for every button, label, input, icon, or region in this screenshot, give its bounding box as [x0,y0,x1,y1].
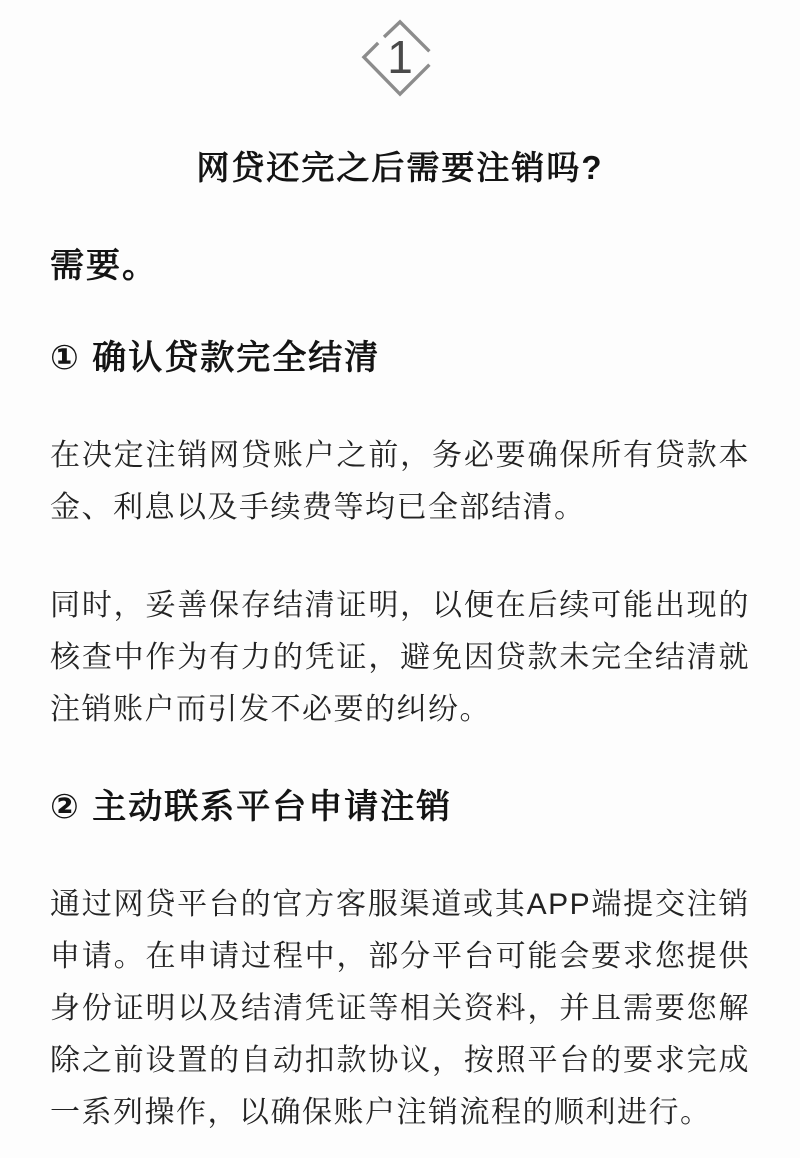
article-page: 1 网贷还完之后需要注销吗? 需要。 ① 确认贷款完全结清 在决定注销网贷账户之… [0,0,800,1158]
article-title: 网贷还完之后需要注销吗? [50,146,750,190]
answer-text: 需要。 [50,240,750,292]
chapter-badge: 1 [358,16,442,100]
section-1-paragraph-2: 同时，妥善保存结清证明，以便在后续可能出现的核查中作为有力的凭证，避免因贷款未完… [50,580,750,736]
section-1-paragraph-1: 在决定注销网贷账户之前，务必要确保所有贷款本金、利息以及手续费等均已全部结清。 [50,430,750,534]
chapter-number: 1 [358,16,442,100]
section-1-heading: ① 确认贷款完全结清 [50,332,750,384]
section-2-heading: ② 主动联系平台申请注销 [50,781,750,833]
section-2-paragraph-1: 通过网贷平台的官方客服渠道或其APP端提交注销申请。在申请过程中，部分平台可能会… [50,879,750,1139]
